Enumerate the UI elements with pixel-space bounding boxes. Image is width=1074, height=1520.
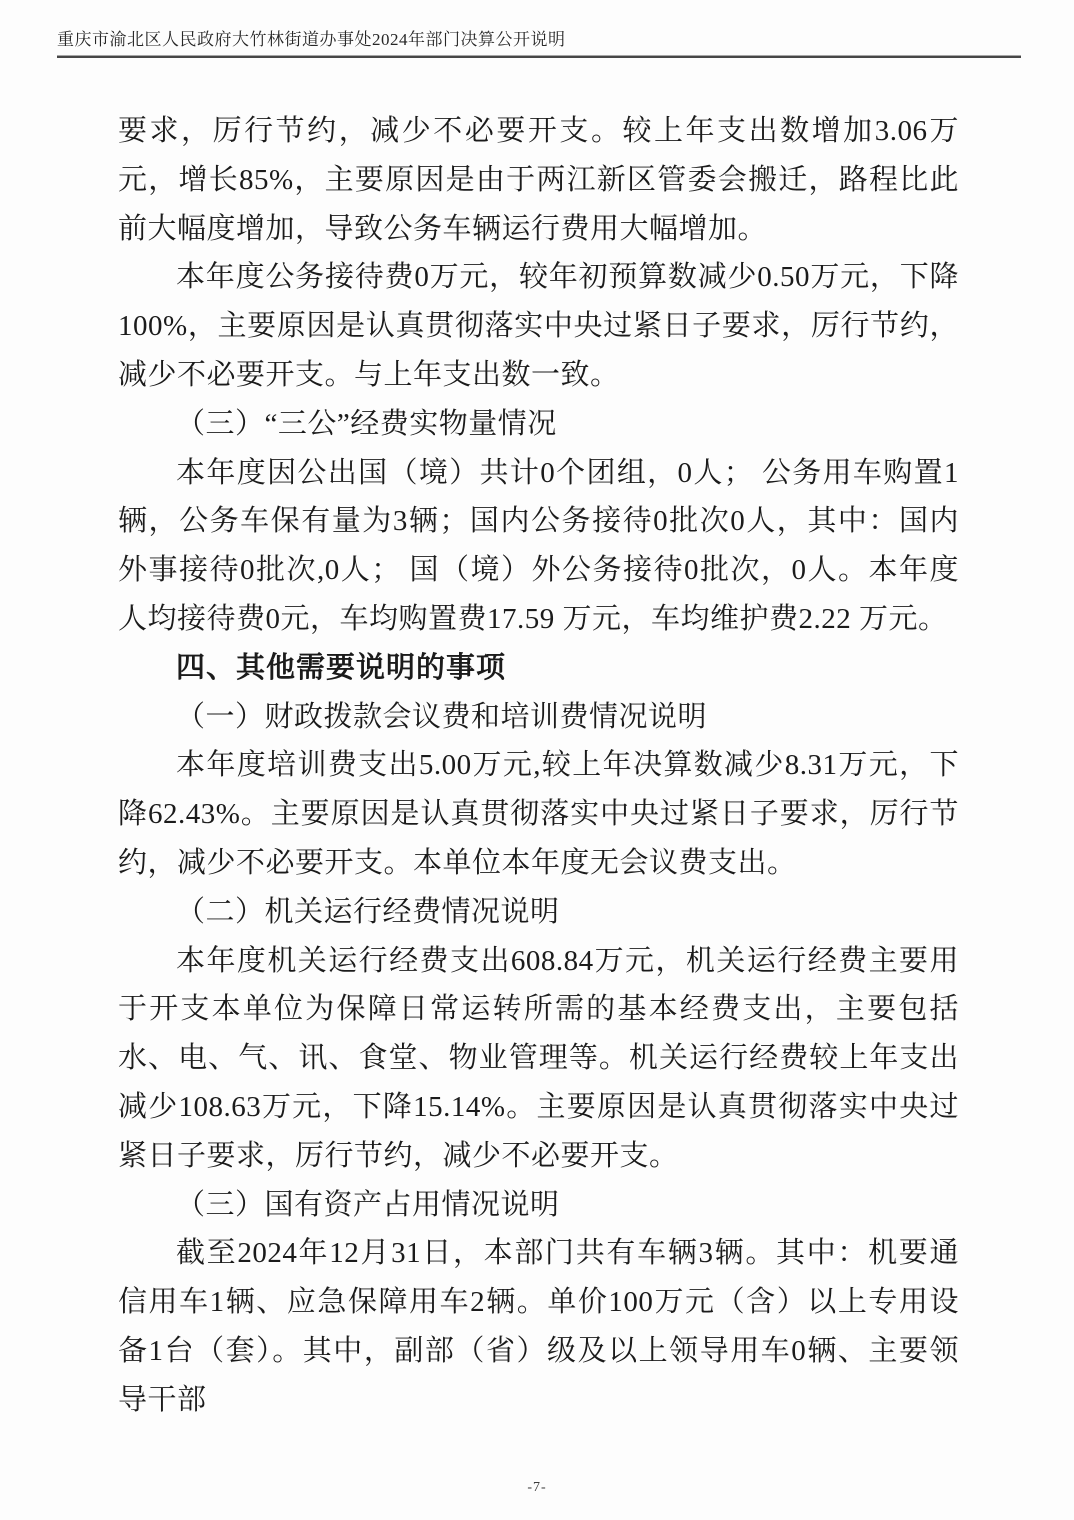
paragraph: 本年度公务接待费0万元，较年初预算数减少0.50万元，下降100%，主要原因是认… [118, 253, 959, 399]
paragraph: 本年度培训费支出5.00万元,较上年决算数减少8.31万元，下降62.43%。主… [118, 741, 959, 887]
paragraph-continuation: 要求，厉行节约，减少不必要开支。较上年支出数增加3.06万元，增长85%，主要原… [118, 107, 959, 253]
paragraph: 截至2024年12月31日，本部门共有车辆3辆。其中：机要通信用车1辆、应急保障… [118, 1229, 959, 1424]
paragraph: 本年度机关运行经费支出608.84万元，机关运行经费主要用于开支本单位为保障日常… [118, 937, 959, 1181]
document-body: 要求，厉行节约，减少不必要开支。较上年支出数增加3.06万元，增长85%，主要原… [118, 107, 959, 1425]
header-rule [57, 55, 1021, 58]
section-subheading: （二）机关运行经费情况说明 [118, 888, 959, 937]
section-subheading: （一）财政拨款会议费和培训费情况说明 [118, 693, 959, 742]
section-subheading: （三）“三公”经费实物量情况 [118, 400, 959, 449]
section-subheading: （三）国有资产占用情况说明 [118, 1181, 959, 1230]
page-number: -7- [527, 1480, 546, 1495]
page-footer: -7- [0, 1478, 1074, 1496]
section-heading: 四、其他需要说明的事项 [118, 644, 959, 693]
document-page: { "header": { "title": "重庆市渝北区人民政府大竹林街道办… [0, 0, 1074, 1520]
header-title: 重庆市渝北区人民政府大竹林街道办事处2024年部门决算公开说明 [57, 30, 1021, 50]
page-header: 重庆市渝北区人民政府大竹林街道办事处2024年部门决算公开说明 [57, 30, 1021, 58]
paragraph: 本年度因公出国（境）共计0个团组，0人； 公务用车购置1辆，公务车保有量为3辆；… [118, 449, 959, 644]
